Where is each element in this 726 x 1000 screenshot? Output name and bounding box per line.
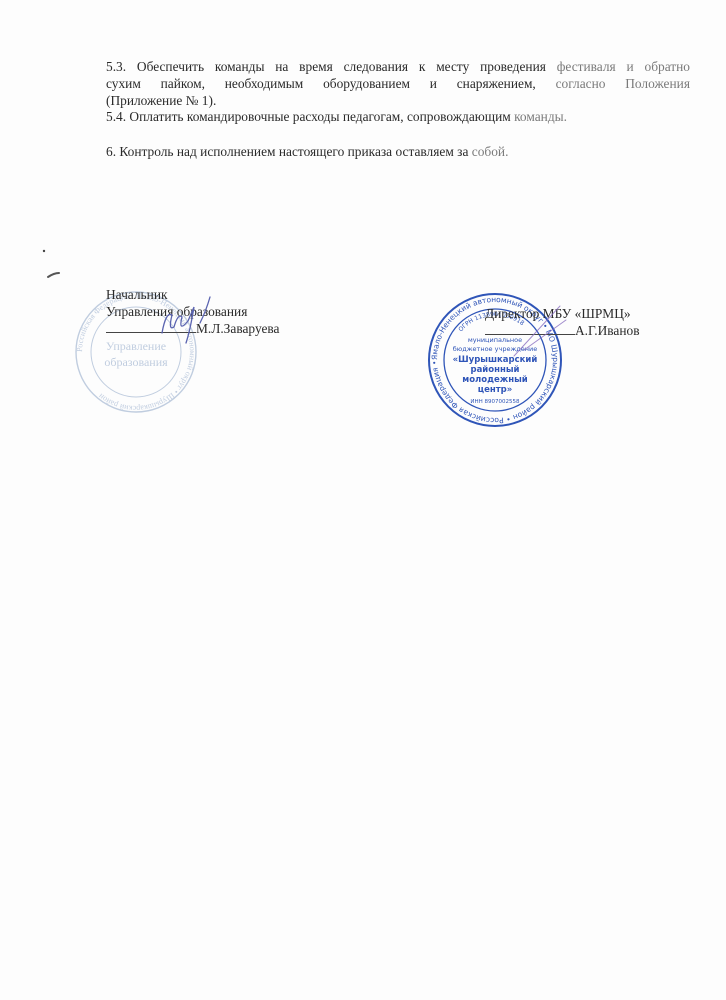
text-faded: фестиваля и обратно (557, 59, 690, 74)
document-page: 5.3. Обеспечить команды на время следова… (0, 0, 726, 1000)
signatory-name: А.Г.Иванов (575, 323, 640, 338)
paragraph-5-4: 5.4. Оплатить командировочные расходы пе… (106, 108, 690, 125)
handwritten-signature-left (148, 293, 218, 353)
paragraph-5-3-line-2: сухим пайком, необходимым оборудованием … (106, 75, 690, 92)
text-main: 6. Контроль над исполнением настоящего п… (106, 144, 472, 159)
text-faded: собой. (472, 144, 509, 159)
stamp-inn: ИНН 8907002558 (470, 399, 520, 405)
text-faded: согласно Положения (556, 76, 690, 91)
stamp-line-6: центр» (478, 385, 512, 395)
text-main: сухим пайком, необходимым оборудованием … (106, 76, 556, 91)
paragraph-5-3-line-1: 5.3. Обеспечить команды на время следова… (106, 58, 690, 75)
handwritten-signature-right (510, 300, 570, 360)
text-main: 5.3. Обеспечить команды на время следова… (106, 59, 557, 74)
scan-speck-mark (40, 245, 60, 285)
stamp-center-line-2: образования (104, 355, 168, 369)
paragraph-5-3-line-3: (Приложение № 1). (106, 92, 690, 109)
paragraph-5-3: 5.3. Обеспечить команды на время следова… (106, 58, 690, 109)
stamp-line-5: молодежный (462, 375, 528, 385)
text-main: 5.4. Оплатить командировочные расходы пе… (106, 109, 514, 124)
paragraph-6: 6. Контроль над исполнением настоящего п… (106, 143, 690, 160)
stamp-line-4: районный (470, 365, 519, 375)
text-faded: команды. (514, 109, 567, 124)
